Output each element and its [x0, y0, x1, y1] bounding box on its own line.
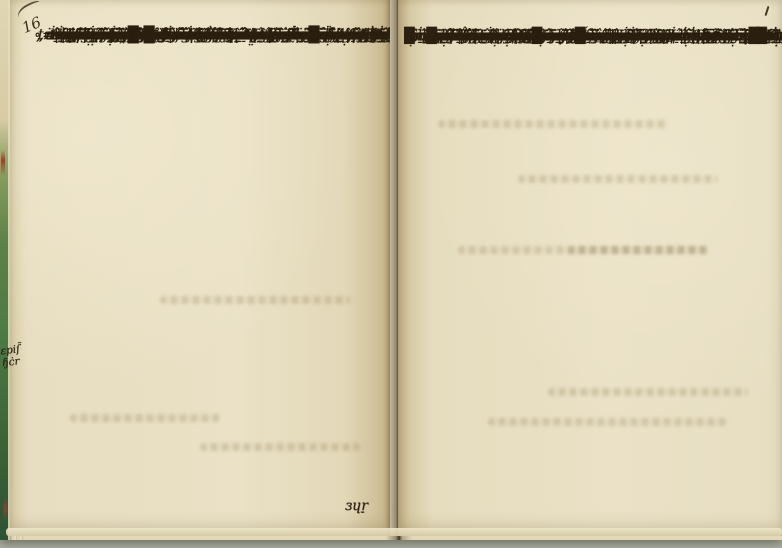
line-text: ∘ +ḣċ|gḣgzîɜ|mp̂ıċ|cs=gêɧɜu̠ɦπôj∫ċʙp̂ċıp… [34, 21, 390, 51]
line-text: zḣ█pɜr̈g=n̰|p̣ɜêδfÿ∫:jâ|b|ɜɔʌıδm̈ċg̣|u̠g… [410, 21, 782, 52]
showthrough-ghost [518, 175, 718, 183]
open-book: 16 |òghin̄ʌm̈òṙʌuvzıſgp̂igm̈ɜ|êrzueen̰gÿ… [0, 0, 782, 540]
catchword: ɜɥr̠ [345, 498, 368, 514]
page-bottom-edge [6, 528, 782, 536]
showthrough-ghost [70, 414, 220, 422]
left-page: 16 |òghin̄ʌm̈òṙʌuvzıſgp̂igm̈ɜ|êrzueen̰gÿ… [10, 0, 390, 536]
showthrough-ghost [438, 120, 668, 128]
red-edge-mark [1, 150, 5, 176]
manuscript-photo: 16 |òghin̄ʌm̈òṙʌuvzıſgp̂igm̈ɜ|êrzueen̰gÿ… [0, 0, 782, 548]
margin-note: ɛpiſ̃ ɧ̇ċr [0, 341, 42, 370]
showthrough-ghost [200, 443, 360, 451]
showthrough-ghost [548, 388, 748, 396]
showthrough-ghost [488, 418, 728, 426]
showthrough-ghost [160, 296, 350, 304]
showthrough-ghost [568, 246, 708, 254]
right-page: „ ɜɥr̂âspṅ=∫r̈ÿpʌɥδu̠c ⊂⊃ △f|ɥp̂rx̂ɜpɜḣ=… [398, 0, 782, 536]
